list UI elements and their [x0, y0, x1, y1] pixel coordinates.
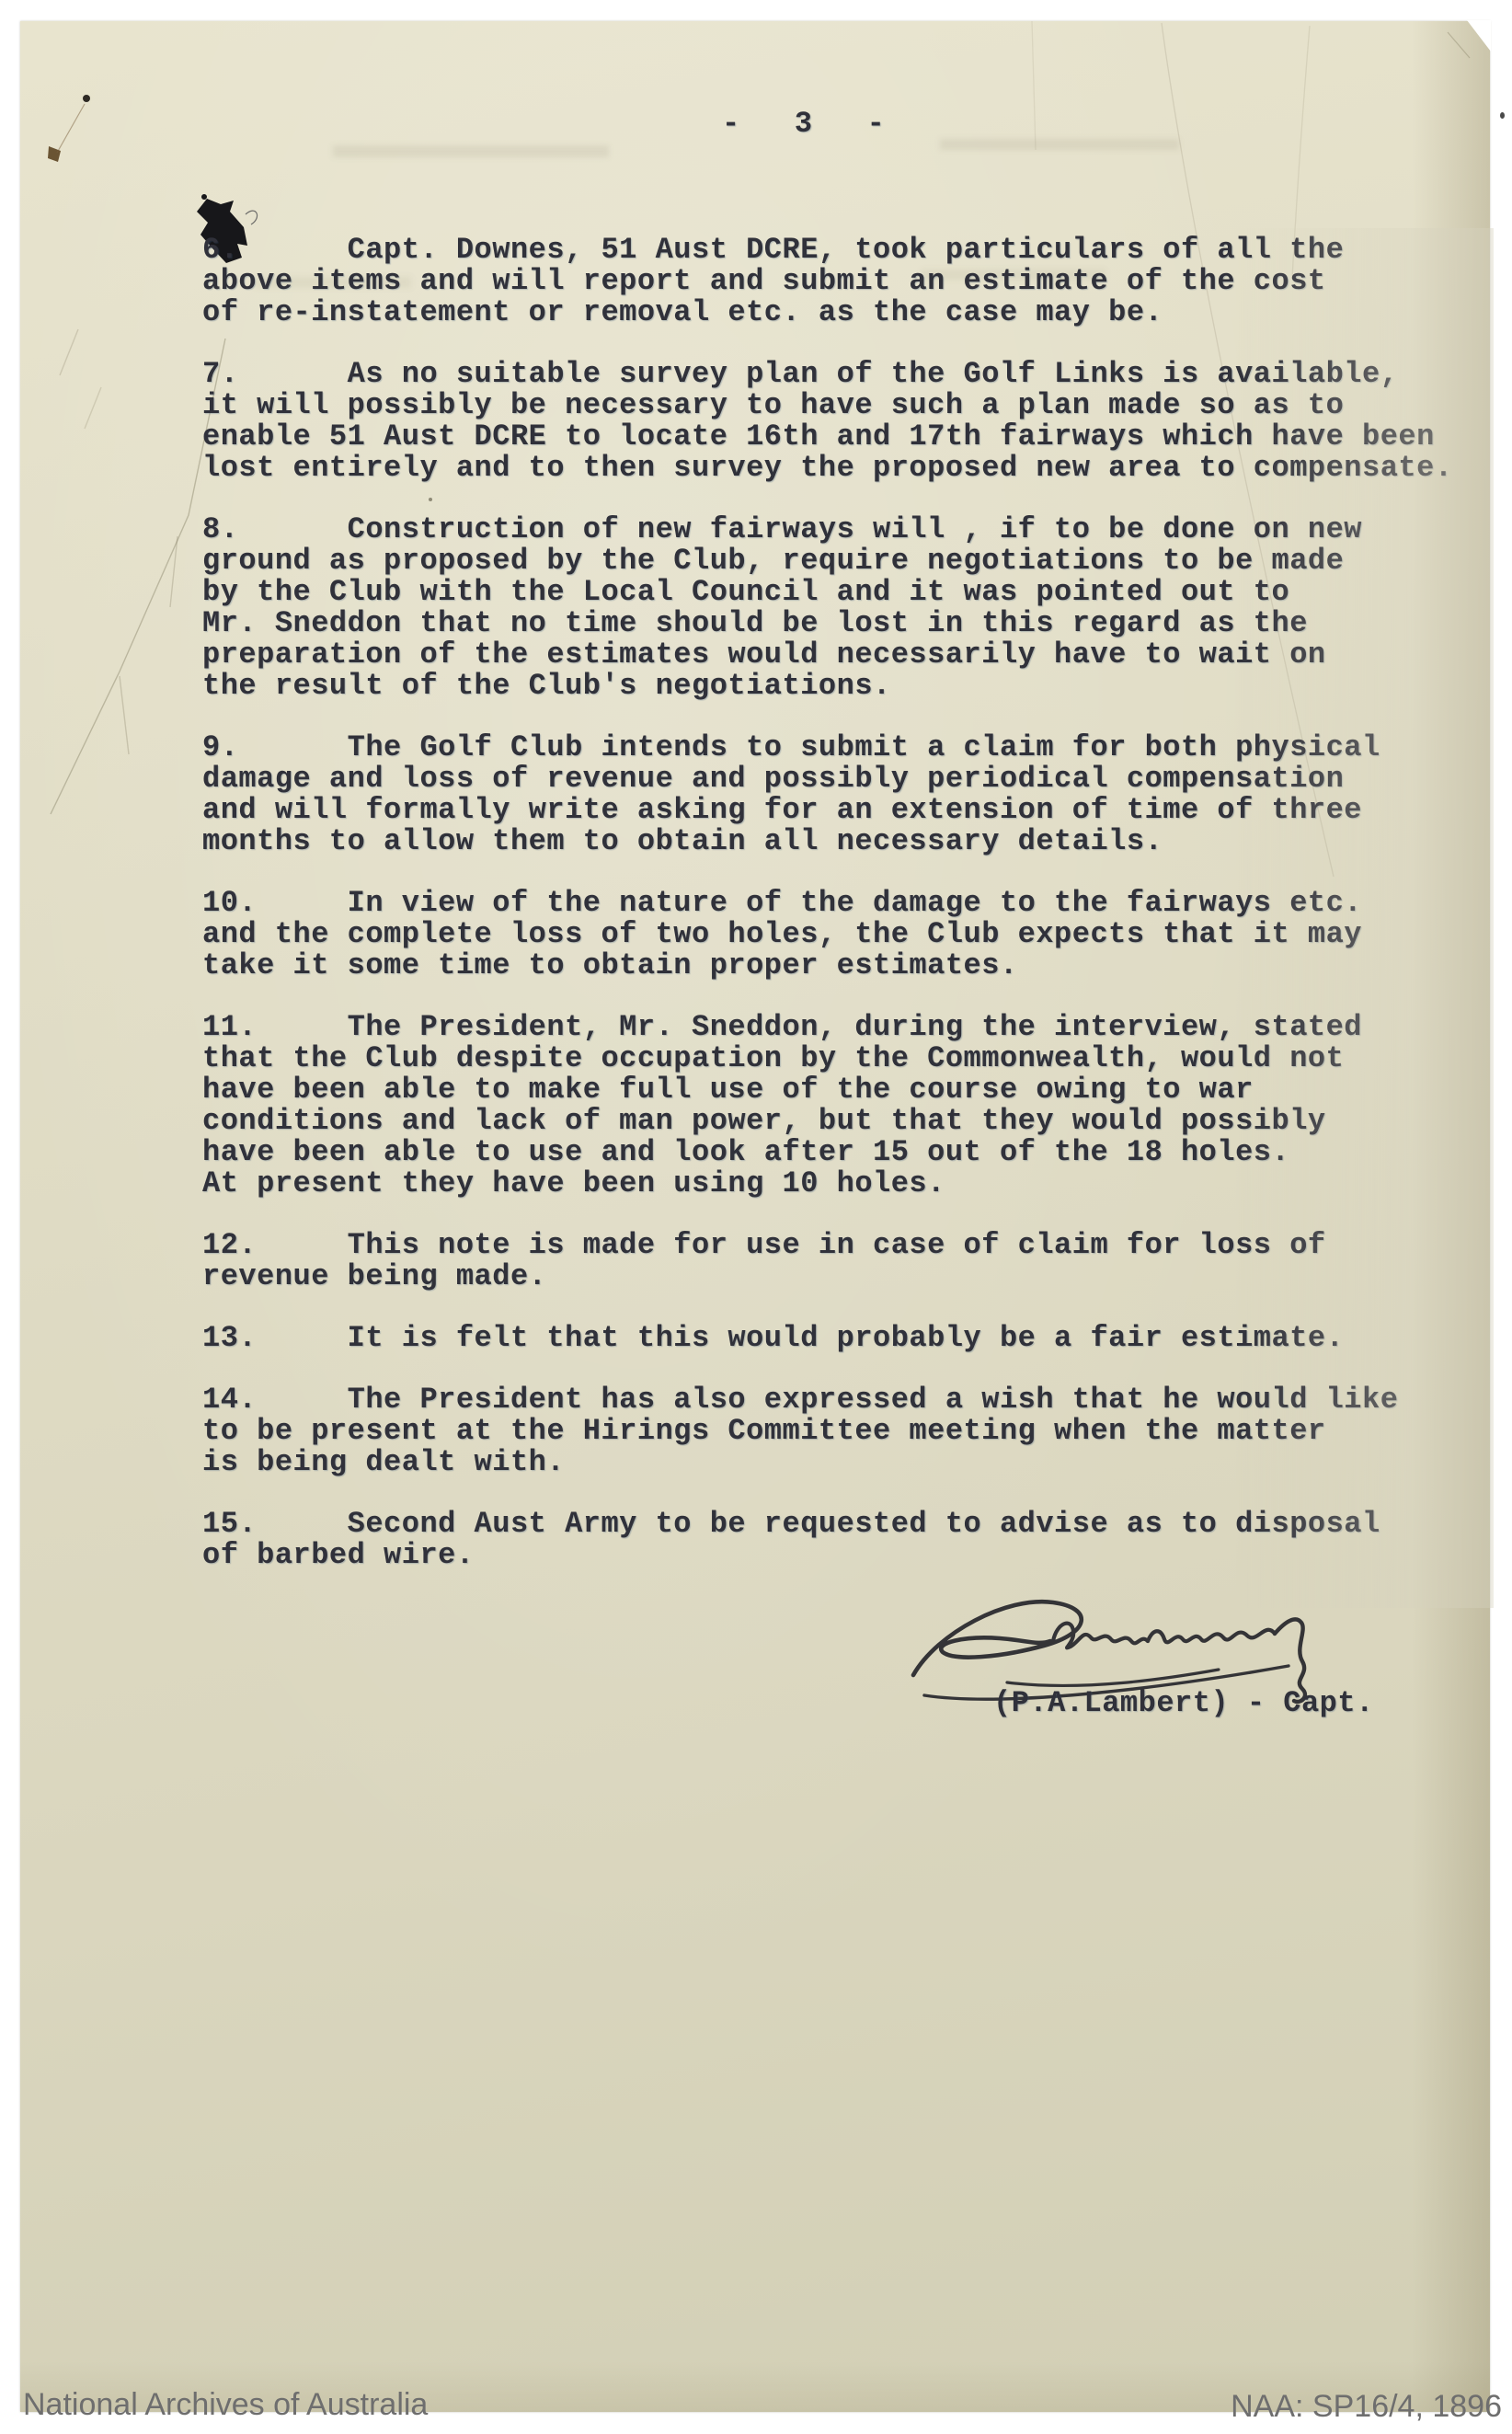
footer-archive-name: National Archives of Australia	[23, 2386, 428, 2423]
corner-fold	[1467, 20, 1491, 52]
scanned-archive-page: { "colors": { "paper": "#dfdbc3", "ink":…	[0, 0, 1512, 2434]
footer-reference: NAA: SP16/4, 1896	[1231, 2388, 1502, 2425]
paragraph-9: 9. The Golf Club intends to submit a cla…	[202, 732, 1453, 857]
paragraph-12: 12. This note is made for use in case of…	[202, 1230, 1453, 1292]
paragraph-13: 13. It is felt that this would probably …	[202, 1323, 1453, 1354]
paragraph-8: 8. Construction of new fairways will , i…	[202, 514, 1453, 702]
paragraph-11: 11. The President, Mr. Sneddon, during t…	[202, 1012, 1453, 1200]
paragraph-7: 7. As no suitable survey plan of the Gol…	[202, 359, 1453, 484]
typed-body: 6. Capt. Downes, 51 Aust DCRE, took part…	[202, 235, 1453, 1602]
paragraph-10: 10. In view of the nature of the damage …	[202, 888, 1453, 982]
paragraph-14: 14. The President has also expressed a w…	[202, 1384, 1453, 1478]
page-number: - 3 -	[722, 109, 885, 140]
paragraph-15: 15. Second Aust Army to be requested to …	[202, 1509, 1453, 1571]
document-page: - 3 - 6. Capt. Downes, 51 Aust DCRE, too…	[20, 21, 1490, 2412]
signature-typed-name: (P.A.Lambert) - Capt.	[993, 1688, 1374, 1719]
ink-speck	[1500, 112, 1505, 119]
paragraph-6: 6. Capt. Downes, 51 Aust DCRE, took part…	[202, 235, 1453, 328]
